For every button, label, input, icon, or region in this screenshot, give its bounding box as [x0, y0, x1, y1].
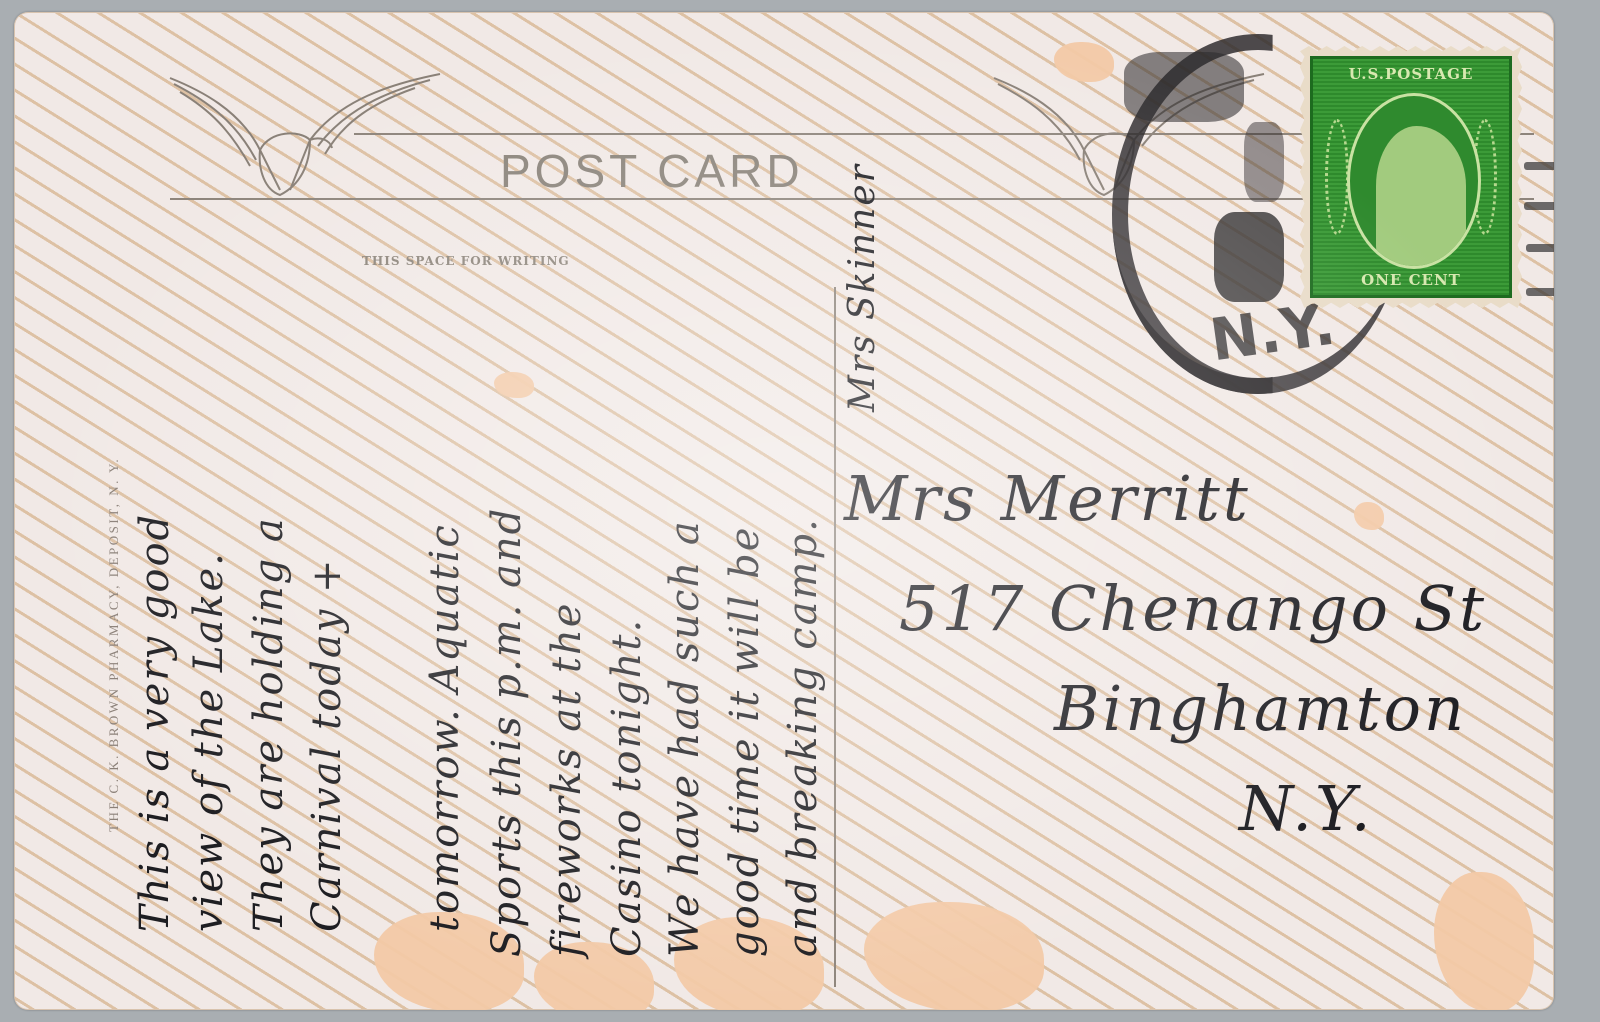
message-line: view of the Lake.	[186, 551, 232, 932]
post-card-title: POST CARD	[500, 144, 804, 198]
paper-damage	[494, 372, 534, 398]
address-state: N.Y.	[1239, 772, 1374, 845]
message-line: and breaking camp.	[780, 517, 826, 957]
paper-damage	[864, 902, 1044, 1010]
message-line: This is a very good	[132, 513, 178, 932]
message-line: fireworks at the	[544, 602, 590, 957]
message-line: good time it will be	[722, 526, 768, 957]
stamp-portrait-oval	[1347, 93, 1481, 269]
message-signature: Mrs Skinner	[842, 163, 883, 412]
message-line: Casino tonight.	[604, 618, 650, 957]
address-street: 517 Chenango St	[899, 572, 1487, 645]
paper-damage	[1434, 872, 1534, 1010]
postmark-ink	[1244, 122, 1284, 202]
message-line: They are holding a	[246, 516, 292, 932]
message-line: Sports this p.m. and	[484, 507, 530, 957]
postage-stamp: U.S.POSTAGE ONE CENT	[1300, 46, 1522, 308]
cancel-bar	[1524, 162, 1554, 170]
publisher-imprint: THE C. K. BROWN PHARMACY, DEPOSIT, N. Y.	[106, 457, 122, 832]
stamp-top-text: U.S.POSTAGE	[1313, 65, 1509, 83]
center-divider	[834, 287, 836, 987]
paper-damage	[1354, 502, 1384, 530]
cancel-bar	[1524, 202, 1554, 210]
postcard-back: POST CARD THIS SPACE FOR WRITING THE C. …	[14, 12, 1554, 1010]
postmark-ink	[1124, 52, 1244, 122]
message-line: Carnival today +	[304, 557, 350, 932]
address-city: Binghamton	[1054, 672, 1467, 745]
stamp-bottom-text: ONE CENT	[1313, 271, 1509, 289]
stamp-face: U.S.POSTAGE ONE CENT	[1310, 56, 1512, 298]
message-line: tomorrow. Aquatic	[422, 523, 468, 932]
franklin-portrait-icon	[1376, 126, 1466, 269]
cancel-bar	[1526, 244, 1554, 252]
message-line: We have had such a	[662, 519, 708, 957]
address-name: Mrs Merritt	[844, 462, 1251, 535]
postmark-ink	[1214, 212, 1284, 302]
cancel-bar	[1526, 288, 1554, 296]
eagle-emblem-icon	[160, 70, 450, 200]
laurel-left-icon	[1325, 119, 1349, 235]
writing-space-label: THIS SPACE FOR WRITING	[362, 254, 570, 268]
